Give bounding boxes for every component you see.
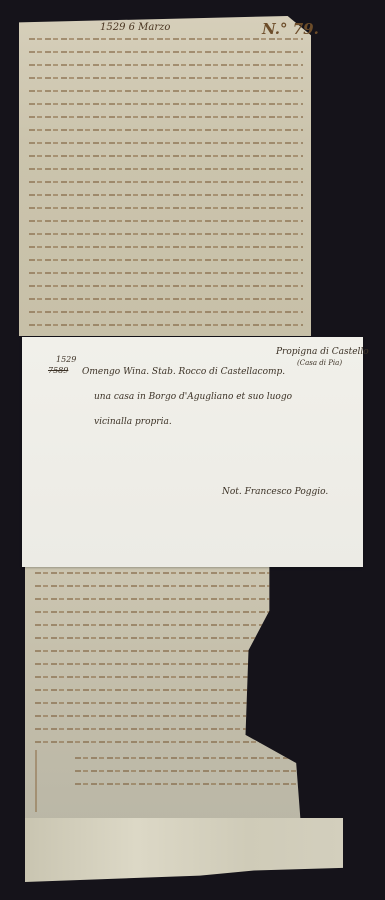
notary-signum-icon [35, 750, 59, 812]
note-signature: Not. Francesco Poggio. [222, 487, 328, 497]
note-year-struck: 7589 [48, 366, 68, 375]
manuscript-text-lower [35, 572, 315, 796]
document-date: 1529 6 Marzo [100, 22, 170, 33]
note-subheading: (Casa di Pia) [297, 359, 342, 367]
parchment-upper-section [19, 16, 311, 336]
note-line-2: una casa in Borgo d'Agugliano et suo luo… [94, 392, 292, 402]
manuscript-text-upper [29, 38, 303, 336]
note-heading: Propigna di Castello [276, 347, 369, 357]
note-line-3: vicinalla propria. [94, 417, 172, 427]
parchment-folded-flap [25, 818, 343, 882]
note-line-1: Omengo Wina. Stab. Rocco di Castellacomp… [82, 367, 285, 377]
document-number: N.° 79. [262, 20, 319, 38]
attached-paper-note: Propigna di Castello (Casa di Pia) 1529 … [22, 337, 363, 567]
parchment-lower-section [25, 560, 323, 842]
note-year: 1529 [56, 355, 76, 364]
